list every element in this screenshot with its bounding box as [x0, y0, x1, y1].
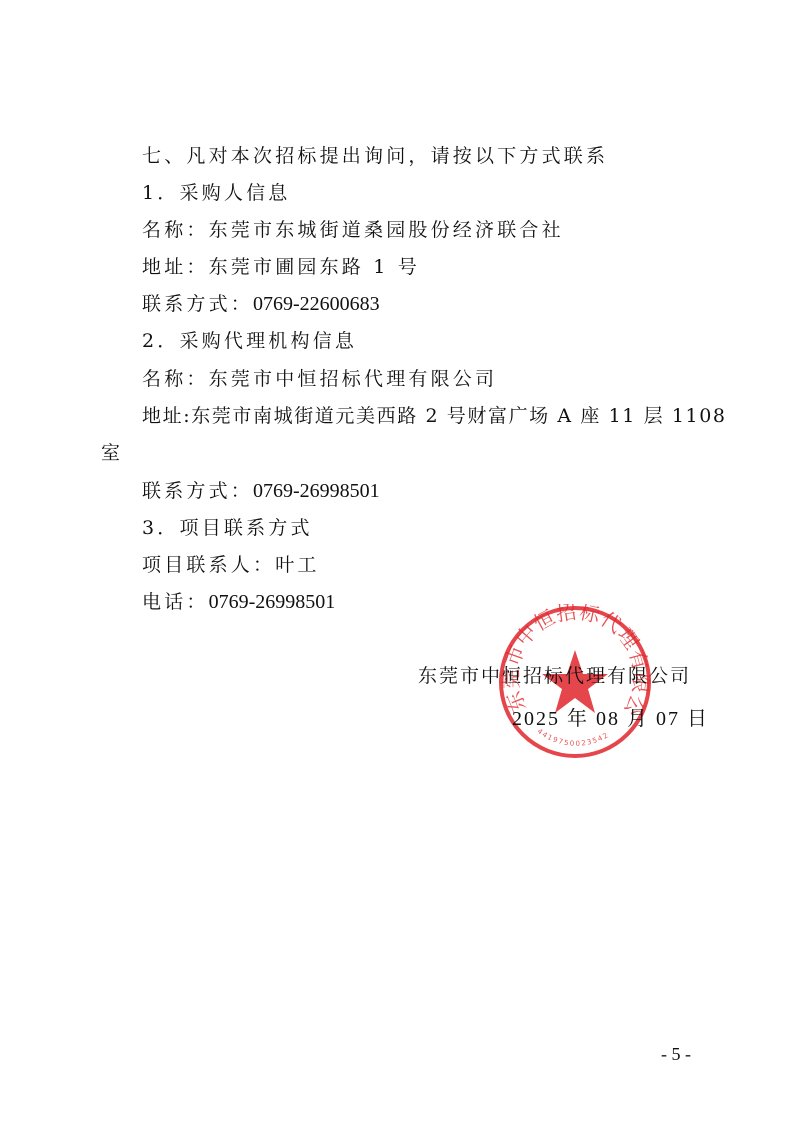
purchaser-name-value: 东莞市东城街道桑园股份经济联合社 — [209, 219, 564, 241]
project-contact-phone-value: 0769-26998501 — [209, 591, 336, 613]
section-heading: 七、凡对本次招标提出询问，请按以下方式联系 — [142, 144, 608, 168]
project-contact-person: 项目联系人：叶工 — [142, 553, 320, 577]
purchaser-contact: 联系方式：0769-22600683 — [142, 292, 380, 316]
agency-address: 地址:东莞市南城街道元美西路 2 号财富广场 A 座 11 层 1108 — [142, 404, 727, 428]
agency-name-label: 名称： — [142, 368, 209, 390]
project-contact-title: 3．项目联系方式 — [142, 516, 313, 540]
purchaser-address-label: 地址： — [142, 256, 209, 278]
agency-name: 名称：东莞市中恒招标代理有限公司 — [142, 367, 497, 391]
purchaser-address: 地址：东莞市圃园东路 1 号 — [142, 255, 420, 279]
project-contact-phone-label: 电话： — [142, 591, 209, 613]
purchaser-name: 名称：东莞市东城街道桑园股份经济联合社 — [142, 218, 564, 242]
purchaser-contact-label: 联系方式： — [142, 293, 253, 315]
purchaser-contact-value: 0769-22600683 — [253, 293, 380, 315]
signature-company: 东莞市中恒招标代理有限公司 — [418, 664, 691, 688]
agency-contact-label: 联系方式： — [142, 480, 253, 502]
signature-date: 2025 年 08 月 07 日 — [512, 707, 709, 731]
agency-contact-value: 0769-26998501 — [253, 480, 380, 502]
purchaser-address-value: 东莞市圃园东路 1 号 — [209, 256, 420, 278]
project-contact-person-value: 叶工 — [275, 554, 319, 576]
purchaser-title: 1．采购人信息 — [142, 181, 291, 205]
agency-address-value: 东莞市南城街道元美西路 2 号财富广场 A 座 11 层 1108 — [191, 405, 726, 427]
page-number: - 5 - — [661, 1044, 691, 1065]
agency-title: 2．采购代理机构信息 — [142, 329, 357, 353]
agency-contact: 联系方式：0769-26998501 — [142, 479, 380, 503]
project-contact-phone: 电话：0769-26998501 — [142, 590, 335, 614]
project-contact-person-label: 项目联系人： — [142, 554, 275, 576]
agency-address-label: 地址: — [142, 405, 191, 427]
agency-address-wrap: 室 — [101, 441, 123, 465]
purchaser-name-label: 名称： — [142, 219, 209, 241]
agency-name-value: 东莞市中恒招标代理有限公司 — [209, 368, 498, 390]
